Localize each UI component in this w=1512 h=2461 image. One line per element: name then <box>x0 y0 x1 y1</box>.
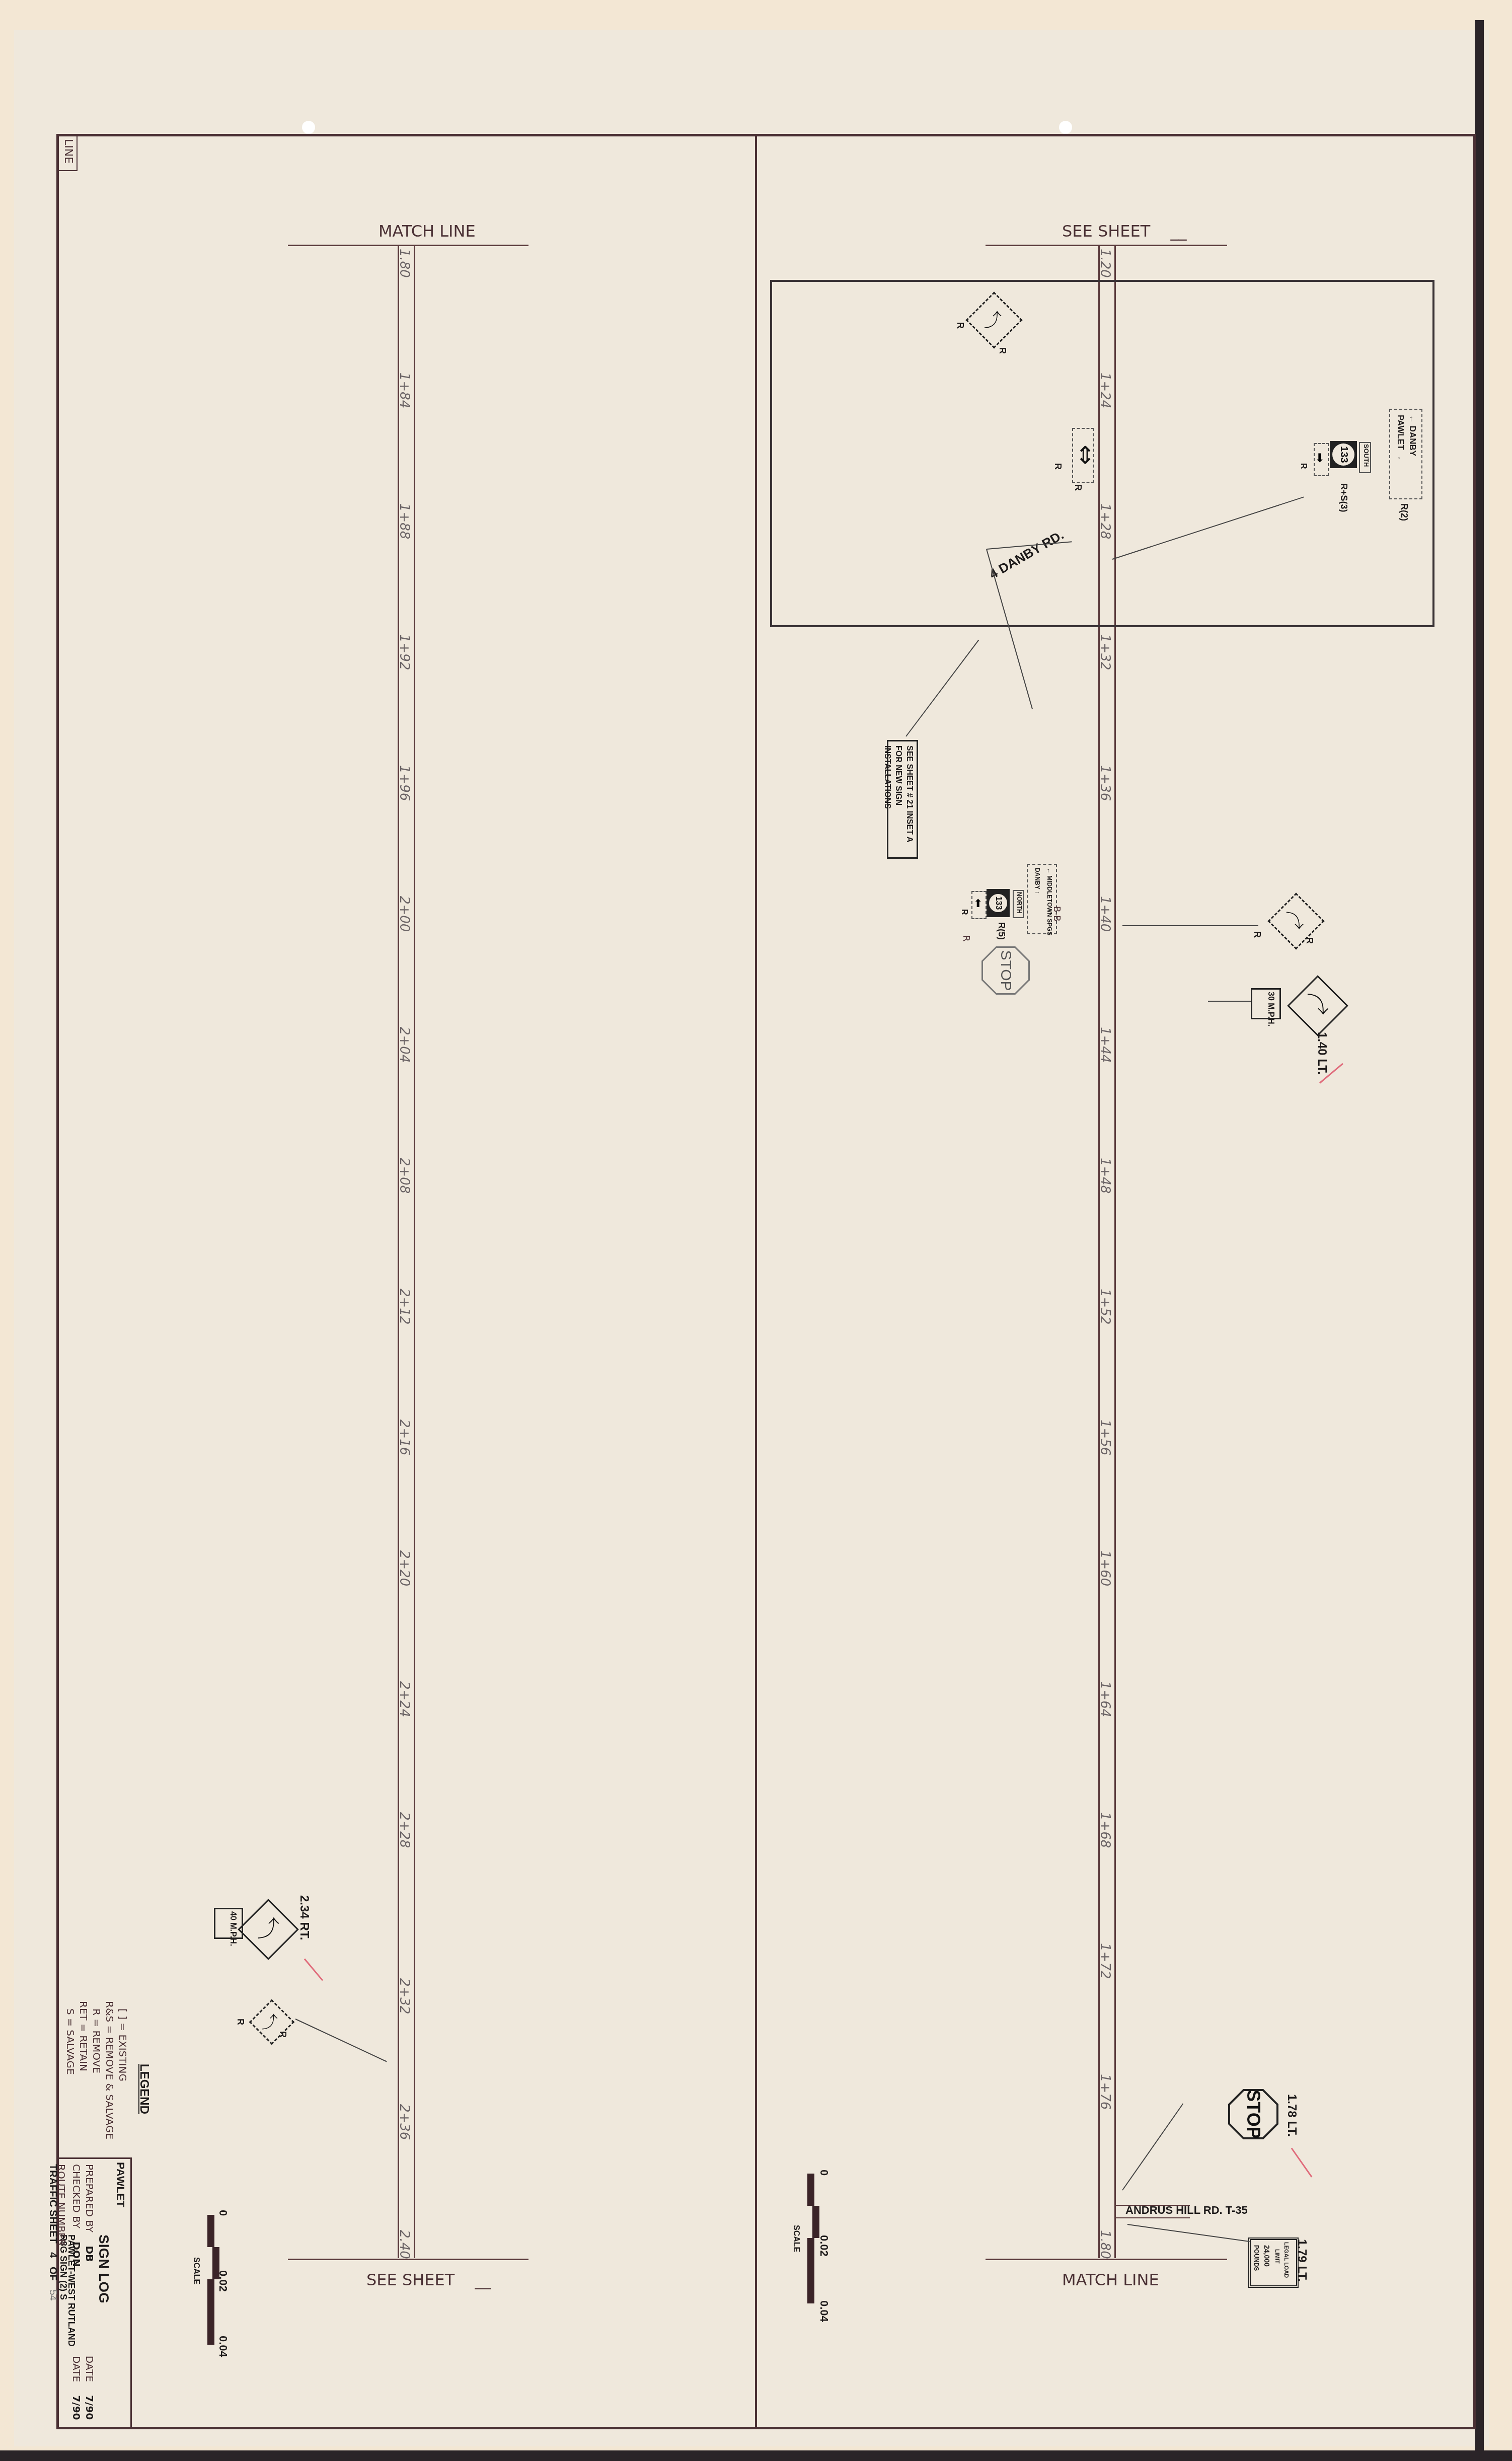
curve-arrow-icon: ⤴ <box>984 310 1002 332</box>
curve-arrow-icon: ⤵ <box>1286 911 1304 933</box>
arrow-plate[interactable]: ⬇ <box>1314 443 1329 476</box>
location-label: 1.79 LT. <box>1295 2239 1309 2282</box>
cardinal-plate[interactable]: NORTH <box>1013 890 1024 918</box>
see-sheet-label: SEE SHEET __ <box>1062 221 1186 241</box>
leader-line <box>1208 1001 1251 1002</box>
match-line-label: MATCH LINE <box>379 221 476 241</box>
cardinal-plate[interactable]: SOUTH <box>1359 442 1371 473</box>
curve-arrow-icon: ⤴ <box>262 2011 278 2033</box>
legal-load-limit-sign[interactable]: LEGAL LOAD LIMIT 24,000 POUNDS <box>1248 2238 1299 2288</box>
arrow-up-icon: ⬆ <box>973 897 982 910</box>
curve-arrow-icon: ⤵ <box>1307 995 1329 1017</box>
panel-divider <box>755 134 757 2429</box>
match-line <box>288 245 528 246</box>
double-arrow-icon: ⇕ <box>1075 436 1095 476</box>
double-arrow-sign[interactable]: ⇕ <box>1072 428 1094 483</box>
sheet-edge <box>1475 20 1484 2451</box>
existing-stop-sign[interactable]: STOP <box>981 946 1030 995</box>
guide-sign-middletown[interactable]: ← MIDDLETOWN SPGS DANBY ↑ <box>1027 864 1057 934</box>
curve-arrow-icon: ⤴ <box>257 1918 279 1941</box>
leader-line <box>1122 925 1258 926</box>
match-line <box>986 245 1227 246</box>
punch-hole <box>302 121 315 134</box>
location-label: 1.78 LT. <box>1284 2094 1299 2137</box>
sheet-edge <box>0 2450 1512 2461</box>
speed-plate-30[interactable]: 30 M.P.H. <box>1251 988 1281 1019</box>
punch-hole <box>1059 121 1072 134</box>
side-road-edge <box>1114 2217 1190 2218</box>
road-edge <box>398 245 399 2258</box>
route-133-shield[interactable]: 133 <box>1330 441 1357 468</box>
title-block: PAWLET SIGN LOG PREPARED BY DB DATE 7/90… <box>56 2157 132 2429</box>
route-133-shield[interactable]: 133 <box>987 889 1010 917</box>
match-line-label: MATCH LINE <box>1062 2270 1159 2289</box>
guide-sign-danby-pawlet[interactable]: ← DANBY PAWLET → <box>1389 409 1422 499</box>
corner-tab: LINE <box>56 134 78 171</box>
see-sheet-label: SEE SHEET __ <box>366 2270 491 2289</box>
arrow-plate[interactable]: ⬆ <box>971 891 987 919</box>
stop-sign[interactable]: STOP <box>1228 2089 1278 2139</box>
road-edge <box>414 245 415 2258</box>
speed-plate-40[interactable]: 40 M.P.H. <box>214 1908 243 1939</box>
inset-callout: SEE SHEET # 21 INSET A FOR NEW SIGN INST… <box>887 740 918 859</box>
location-label: 1.40 LT. <box>1315 1032 1329 1075</box>
location-label: 2.34 RT. <box>297 1895 311 1940</box>
arrow-down-icon: ⬇ <box>1315 451 1325 466</box>
road-label-andrus-hill: ANDRUS HILL RD. T-35 <box>1125 2204 1248 2217</box>
